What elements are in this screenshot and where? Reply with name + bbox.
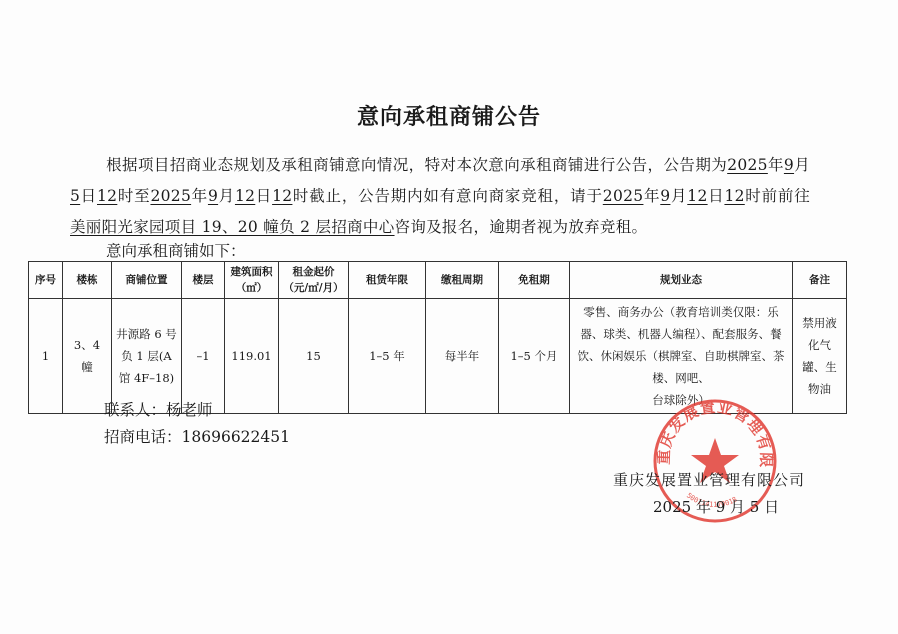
table-header-row: 序号 楼栋 商铺位置 楼层 建筑面积 （㎡） 租金起价 （元/㎡/月） 租赁年限… xyxy=(29,262,847,299)
day-label: 日 xyxy=(80,187,97,205)
year-label: 年 xyxy=(768,156,784,174)
contact-phone-label: 招商电话： xyxy=(104,428,182,446)
para-text: 时前前往 xyxy=(745,187,810,205)
reg-day: 12 xyxy=(687,187,707,205)
signature-date: 2025 年 9 月 5 日 xyxy=(653,496,779,517)
contact-person-label: 联系人： xyxy=(104,401,166,419)
table-intro: 意向承租商铺如下： xyxy=(106,239,246,261)
header-area: 建筑面积 （㎡） xyxy=(225,262,279,299)
day-label: 日 xyxy=(255,187,272,205)
cell-rent: 15 xyxy=(279,299,349,414)
month-label: 月 xyxy=(670,187,687,205)
month-label: 月 xyxy=(794,156,810,174)
header-remark: 备注 xyxy=(793,262,847,299)
end-hour: 12 xyxy=(272,187,292,205)
cell-payment-cycle: 每半年 xyxy=(426,299,499,414)
header-building: 楼栋 xyxy=(63,262,112,299)
cell-rent-free: 1–5 个月 xyxy=(499,299,570,414)
cell-term: 1–5 年 xyxy=(349,299,426,414)
start-hour: 12 xyxy=(97,187,117,205)
formats-text-last: 台球除外） xyxy=(574,389,788,411)
formats-text: 零售、商务办公（教育培训类仅限：乐器、球类、机器人编程）、配套服务、餐饮、休闲娱… xyxy=(578,305,785,385)
header-term: 租赁年限 xyxy=(349,262,426,299)
header-payment-cycle: 缴租周期 xyxy=(426,262,499,299)
reg-month: 9 xyxy=(660,187,670,205)
contact-phone-number: 18696622451 xyxy=(182,428,290,446)
cell-floor: –1 xyxy=(182,299,225,414)
reg-year: 2025 xyxy=(603,187,644,205)
start-year: 2025 xyxy=(727,156,768,174)
cell-building: 3、4 幢 xyxy=(63,299,112,414)
end-month: 9 xyxy=(208,187,218,205)
document-title: 意向承租商铺公告 xyxy=(0,100,898,131)
day-label: 日 xyxy=(708,187,725,205)
contact-person-name: 杨老师 xyxy=(166,401,213,419)
header-rent-free: 免租期 xyxy=(499,262,570,299)
to-label: 时至 xyxy=(117,187,150,205)
end-year: 2025 xyxy=(150,187,191,205)
start-month: 9 xyxy=(784,156,794,174)
year-label: 年 xyxy=(191,187,208,205)
announcement-paragraph: 根据项目招商业态规划及承租商铺意向情况，特对本次意向承租商铺进行公告，公告期为2… xyxy=(70,150,810,243)
cell-no: 1 xyxy=(29,299,63,414)
contact-person: 联系人：杨老师 xyxy=(104,398,213,420)
para-text: 咨询及报名，逾期者视为放弃竞租。 xyxy=(395,218,648,236)
start-day: 5 xyxy=(70,187,80,205)
header-floor: 楼层 xyxy=(182,262,225,299)
end-day: 12 xyxy=(235,187,255,205)
table-row: 1 3、4 幢 井源路 6 号负 1 层(A 馆 4F–18) –1 119.0… xyxy=(29,299,847,414)
header-location: 商铺位置 xyxy=(112,262,182,299)
year-label: 年 xyxy=(643,187,660,205)
para-text: 时截止，公告期内如有意向商家竞租，请于 xyxy=(292,187,602,205)
shop-table: 序号 楼栋 商铺位置 楼层 建筑面积 （㎡） 租金起价 （元/㎡/月） 租赁年限… xyxy=(28,261,847,414)
cell-location: 井源路 6 号负 1 层(A 馆 4F–18) xyxy=(112,299,182,414)
month-label: 月 xyxy=(218,187,235,205)
reg-hour: 12 xyxy=(724,187,744,205)
para-text: 根据项目招商业态规划及承租商铺意向情况，特对本次意向承租商铺进行公告，公告期为 xyxy=(106,156,727,174)
header-no: 序号 xyxy=(29,262,63,299)
header-formats: 规划业态 xyxy=(570,262,793,299)
header-rent: 租金起价 （元/㎡/月） xyxy=(279,262,349,299)
signature-company: 重庆发展置业管理有限公司 xyxy=(613,469,805,490)
contact-phone: 招商电话：18696622451 xyxy=(104,425,290,447)
cell-remark: 禁用液化气罐、生物油 xyxy=(793,299,847,414)
cell-formats: 零售、商务办公（教育培训类仅限：乐器、球类、机器人编程）、配套服务、餐饮、休闲娱… xyxy=(570,299,793,414)
cell-area: 119.01 xyxy=(225,299,279,414)
registration-location: 美丽阳光家园项目 19、20 幢负 2 层招商中心 xyxy=(70,218,395,236)
